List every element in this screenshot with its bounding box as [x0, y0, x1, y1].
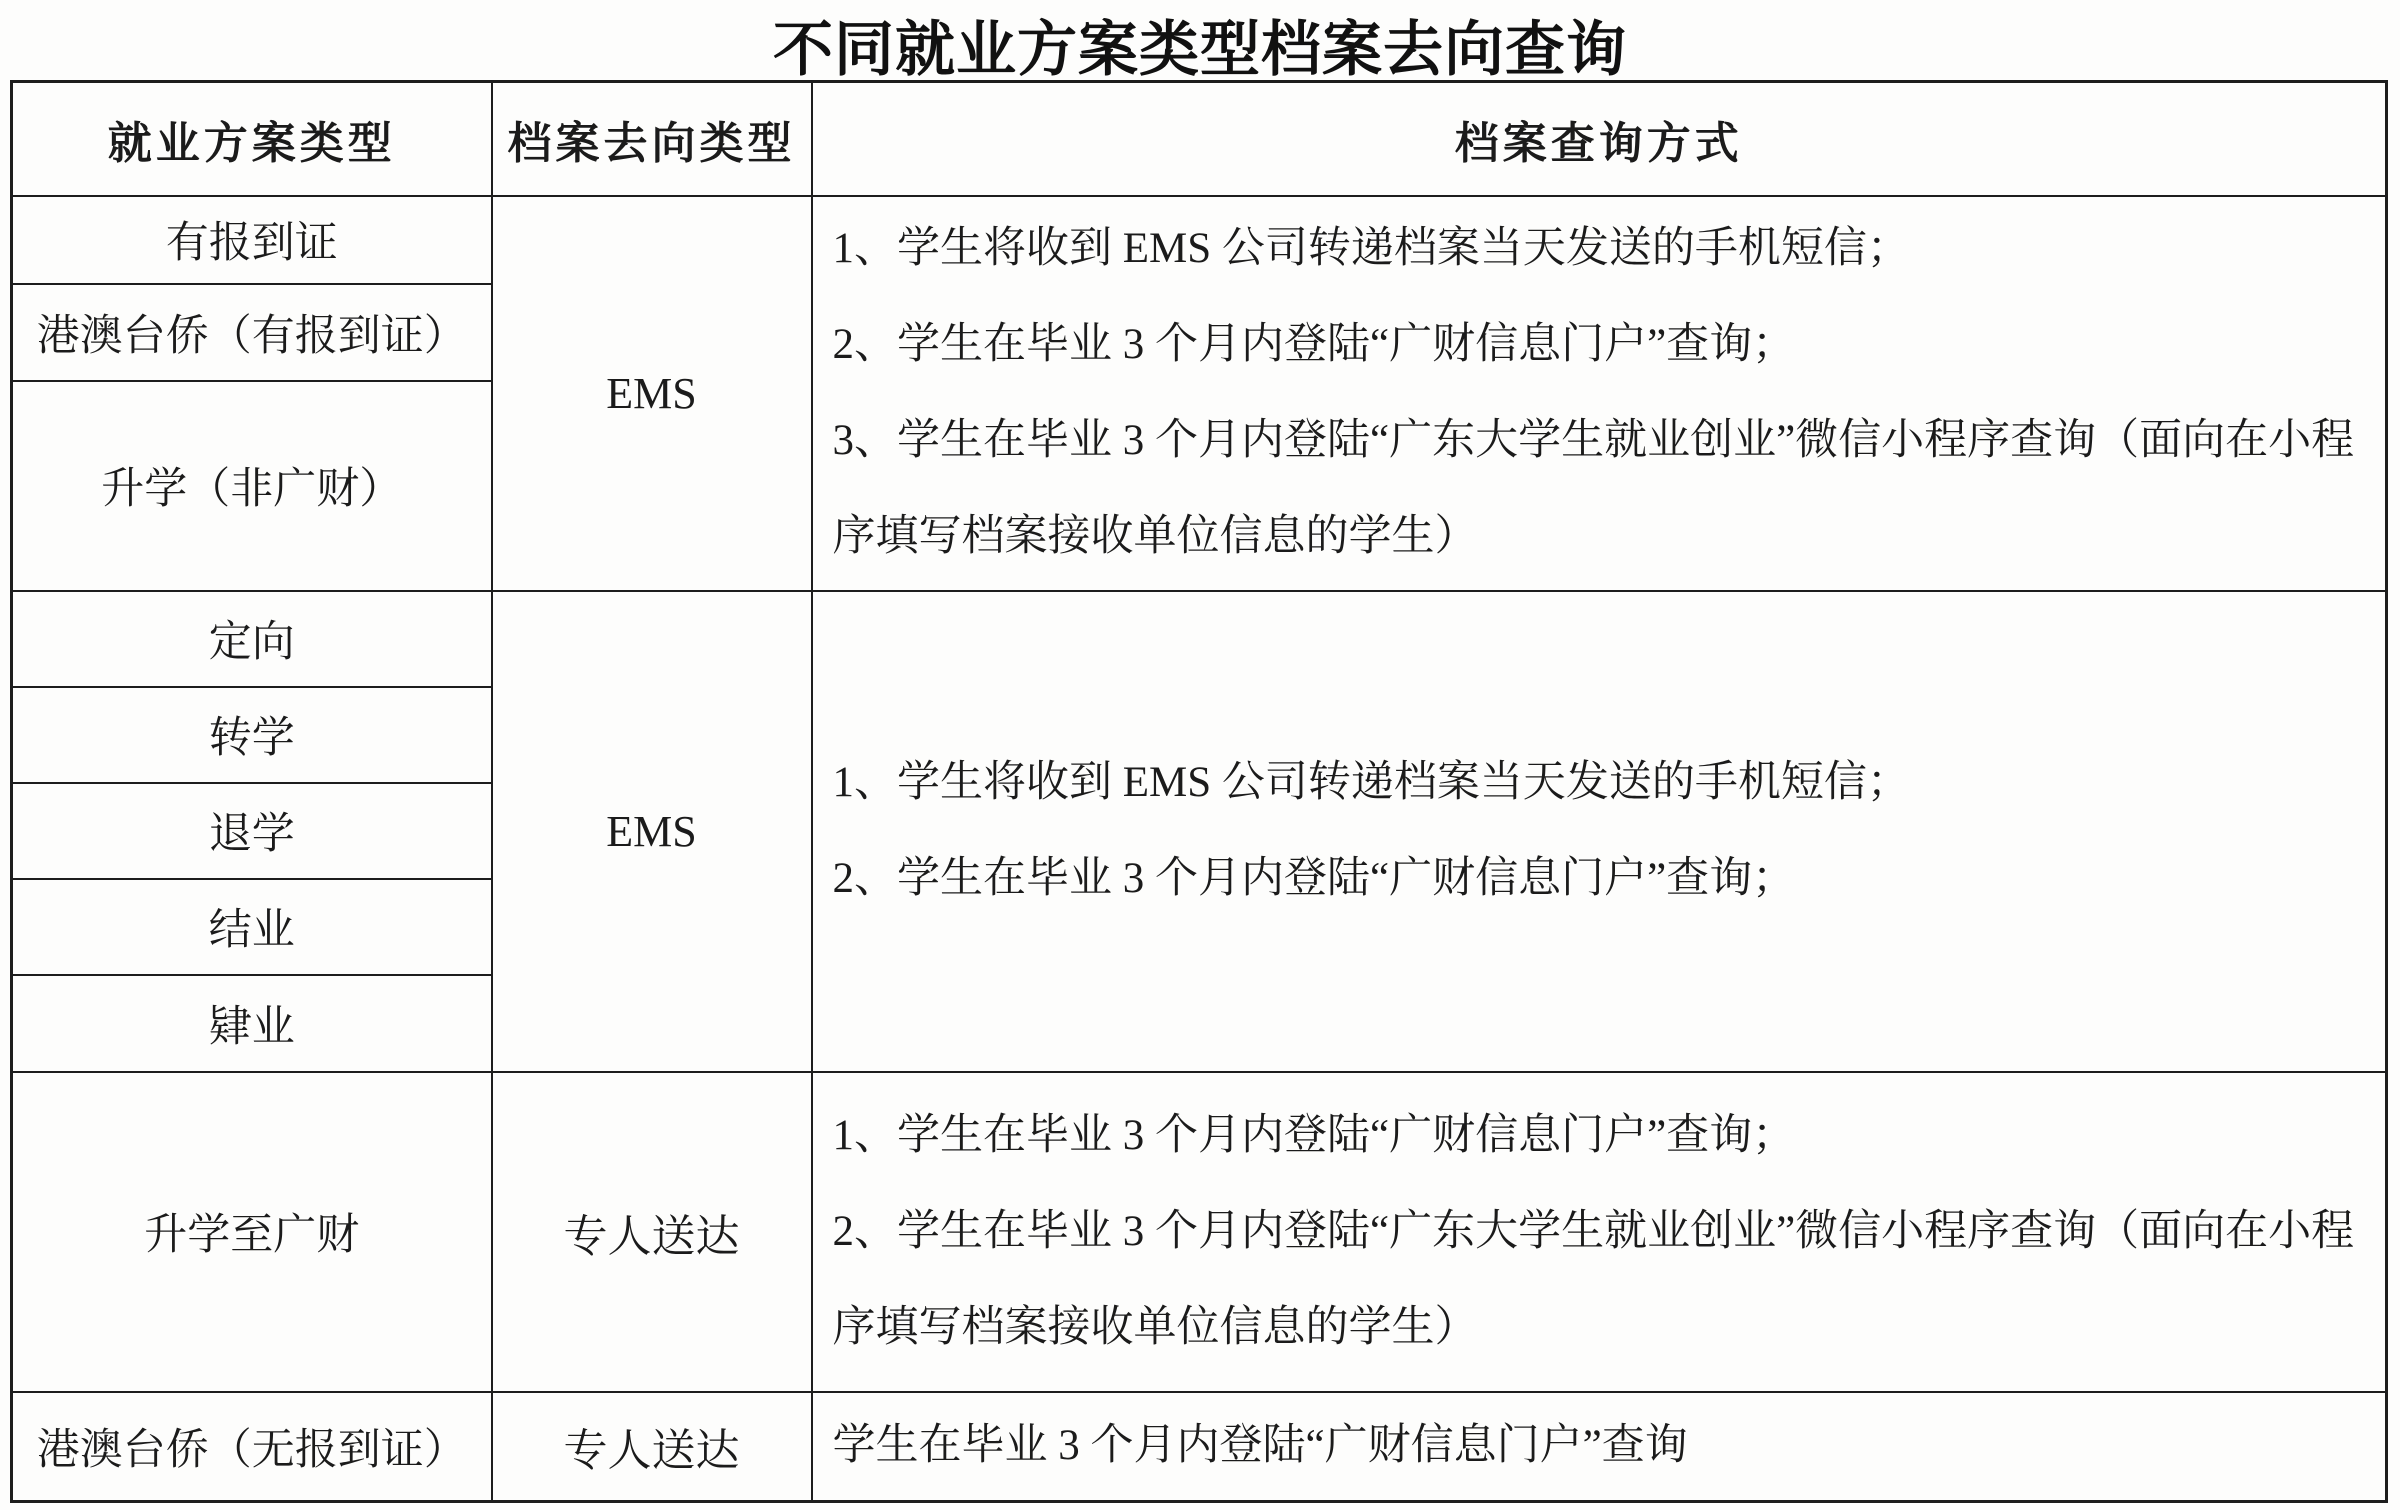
plan-type-cell: 定向 — [12, 591, 492, 687]
destination-cell: 专人送达 — [492, 1072, 812, 1392]
destination-cell: EMS — [492, 591, 812, 1072]
plan-type-cell: 转学 — [12, 687, 492, 783]
header-row: 就业方案类型 档案去向类型 档案查询方式 — [12, 82, 2387, 196]
plan-type-cell: 退学 — [12, 783, 492, 879]
query-methods-cell: 1、学生将收到 EMS 公司转递档案当天发送的手机短信；2、学生在毕业 3 个月… — [812, 591, 2387, 1072]
plan-type-cell: 升学至广财 — [12, 1072, 492, 1392]
query-methods-cell: 1、学生在毕业 3 个月内登陆“广财信息门户”查询；2、学生在毕业 3 个月内登… — [812, 1072, 2387, 1392]
plan-type-cell: 结业 — [12, 879, 492, 975]
plan-type-cell: 有报到证 — [12, 196, 492, 284]
plan-type-cell: 港澳台侨（有报到证） — [12, 284, 492, 381]
query-method-line: 3、学生在毕业 3 个月内登陆“广东大学生就业创业”微信小程序查询（面向在小程序… — [833, 393, 2356, 585]
page-title: 不同就业方案类型档案去向查询 — [0, 2, 2400, 88]
query-method-line: 2、学生在毕业 3 个月内登陆“广东大学生就业创业”微信小程序查询（面向在小程序… — [833, 1184, 2356, 1376]
query-method-line: 2、学生在毕业 3 个月内登陆“广财信息门户”查询； — [833, 831, 2356, 927]
archive-table-body: 有报到证EMS1、学生将收到 EMS 公司转递档案当天发送的手机短信；2、学生在… — [12, 196, 2387, 1502]
query-method-line: 2、学生在毕业 3 个月内登陆“广财信息门户”查询； — [833, 297, 2356, 393]
archive-destination-table: 就业方案类型 档案去向类型 档案查询方式 有报到证EMS1、学生将收到 EMS … — [10, 80, 2388, 1503]
plan-type-cell: 升学（非广财） — [12, 381, 492, 591]
table-row: 港澳台侨（无报到证）专人送达学生在毕业 3 个月内登陆“广财信息门户”查询 — [12, 1392, 2387, 1502]
query-method-line: 学生在毕业 3 个月内登陆“广财信息门户”查询 — [833, 1398, 2356, 1494]
header-cell-plan-type: 就业方案类型 — [12, 82, 492, 196]
table-row: 定向EMS1、学生将收到 EMS 公司转递档案当天发送的手机短信；2、学生在毕业… — [12, 591, 2387, 687]
plan-type-cell: 肄业 — [12, 975, 492, 1072]
query-method-line: 1、学生在毕业 3 个月内登陆“广财信息门户”查询； — [833, 1088, 2356, 1184]
query-method-line: 1、学生将收到 EMS 公司转递档案当天发送的手机短信； — [833, 735, 2356, 831]
query-method-line: 1、学生将收到 EMS 公司转递档案当天发送的手机短信； — [833, 201, 2356, 297]
plan-type-cell: 港澳台侨（无报到证） — [12, 1392, 492, 1502]
query-methods-cell: 1、学生将收到 EMS 公司转递档案当天发送的手机短信；2、学生在毕业 3 个月… — [812, 196, 2387, 591]
destination-cell: 专人送达 — [492, 1392, 812, 1502]
table-row: 升学至广财专人送达1、学生在毕业 3 个月内登陆“广财信息门户”查询；2、学生在… — [12, 1072, 2387, 1392]
header-cell-query-method: 档案查询方式 — [812, 82, 2387, 196]
query-methods-cell: 学生在毕业 3 个月内登陆“广财信息门户”查询 — [812, 1392, 2387, 1502]
table-header: 就业方案类型 档案去向类型 档案查询方式 — [12, 82, 2387, 196]
header-cell-destination-type: 档案去向类型 — [492, 82, 812, 196]
destination-cell: EMS — [492, 196, 812, 591]
document-page: 不同就业方案类型档案去向查询 就业方案类型 档案去向类型 档案查询方式 有报到证… — [0, 0, 2400, 1510]
table-row: 有报到证EMS1、学生将收到 EMS 公司转递档案当天发送的手机短信；2、学生在… — [12, 196, 2387, 284]
